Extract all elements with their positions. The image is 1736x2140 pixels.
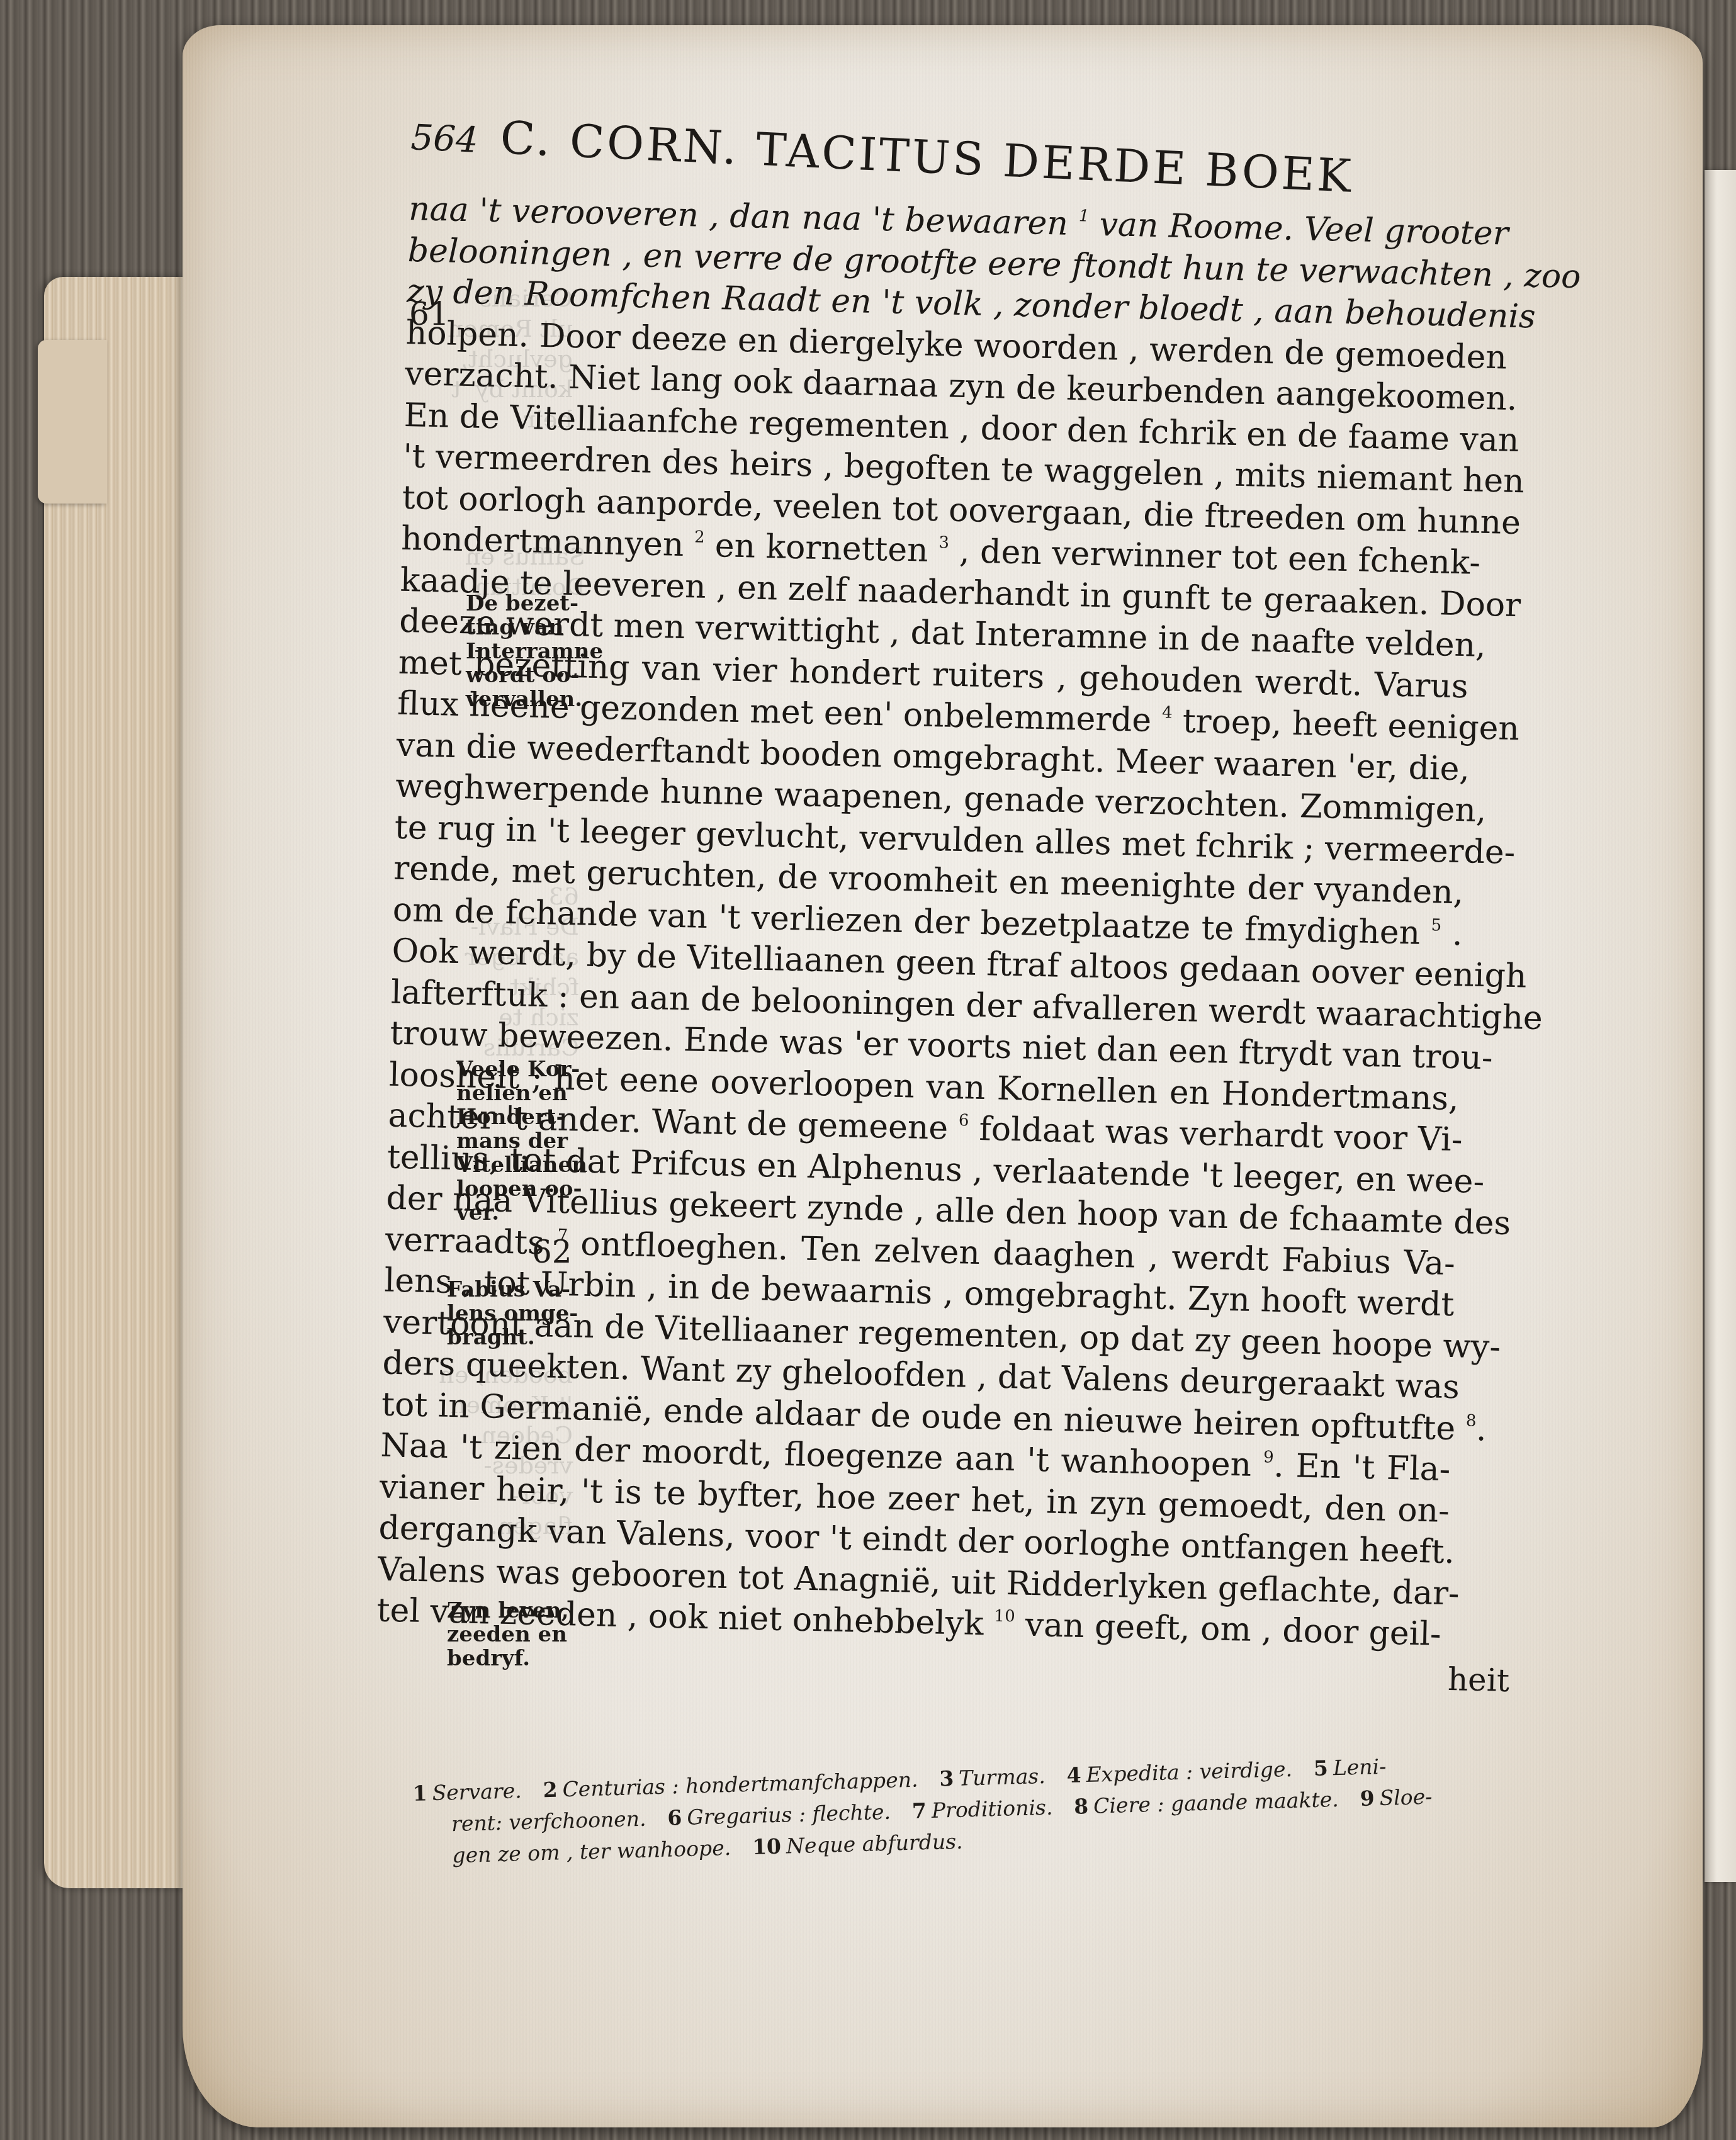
footnote: 3Turmas. (939, 1764, 1046, 1791)
margin-note-line: nelien en (456, 1081, 589, 1105)
margin-note-line: De bezet- (466, 592, 592, 616)
margin-note-line: lens omge- (447, 1302, 579, 1326)
footnote: 4Expedita : veirdige. (1066, 1757, 1292, 1788)
footnote: 1Servare. (412, 1778, 522, 1806)
page-number: 564 (410, 117, 479, 161)
margin-note-interamne: De bezet-ting vanInterramnewordt oo-verv… (466, 592, 592, 711)
margin-note-line: vervallen. (466, 687, 592, 711)
margin-note-line: Hondert- (456, 1105, 589, 1129)
margin-note-fabius-valens: Fabius Va-lens omge-braght. (447, 1278, 579, 1349)
footnote: 7Proditionis. (911, 1795, 1052, 1823)
footnote-ref: 4 (1162, 703, 1173, 722)
footnote: rent: verfchoonen. (451, 1806, 647, 1837)
main-text-block: naa 't verooveren , dan naa 't bewaaren … (376, 189, 1479, 1655)
margin-note-line: Interramne (466, 639, 592, 663)
footnote: 9Sloe- (1360, 1784, 1433, 1811)
margin-note-line: mans der (456, 1129, 589, 1153)
footnote-ref: 9 (1263, 1448, 1274, 1467)
footnote-ref: 1 (1078, 206, 1089, 225)
footnote: 6Gregarius : flechte. (667, 1799, 891, 1830)
footnote-ref: 3 (938, 533, 949, 552)
footnote: 5Leni- (1313, 1754, 1386, 1781)
footnote-ref: 6 (959, 1111, 969, 1130)
margin-note-line: wordt oo- (466, 663, 592, 687)
margin-note-line: braght. (447, 1326, 579, 1349)
margin-note-line: Zyn leven, (447, 1599, 585, 1623)
torn-leaf-tab (38, 340, 107, 504)
footnote-ref: 5 (1431, 916, 1441, 935)
margin-note-line: ver. (456, 1201, 589, 1225)
margin-note-line: ting van (466, 616, 592, 639)
margin-note-zyn-leven: Zyn leven,zeeden enbedryf. (447, 1599, 585, 1670)
footnote: 10Neque abfurdus. (752, 1829, 964, 1859)
chapter-number-62: 62 (532, 1234, 572, 1270)
margin-note-line: loopen oo- (456, 1177, 589, 1201)
margin-note-kornellen: Veele Kor-nelien enHondert-mans derVitel… (456, 1057, 589, 1225)
margin-note-line: Veele Kor- (456, 1057, 589, 1081)
margin-note-line: Vitellianen (456, 1153, 589, 1177)
margin-note-line: bedryf. (447, 1647, 585, 1670)
margin-note-line: Fabius Va- (447, 1278, 579, 1302)
page-block-edge (44, 277, 189, 1888)
facing-page-edge (1705, 170, 1736, 1882)
chapter-number-61: 61 (409, 296, 449, 332)
margin-note-line: zeeden en (447, 1623, 585, 1647)
footnote: 8Ciere : gaande maakte. (1074, 1787, 1339, 1819)
footnote-ref: 2 (694, 527, 705, 546)
catchword: heit (1447, 1661, 1509, 1699)
footnote: gen ze om , ter wanhoope. (452, 1835, 731, 1867)
footnote-ref: 10 (994, 1607, 1015, 1626)
footnote-ref: 8 (1466, 1411, 1477, 1430)
